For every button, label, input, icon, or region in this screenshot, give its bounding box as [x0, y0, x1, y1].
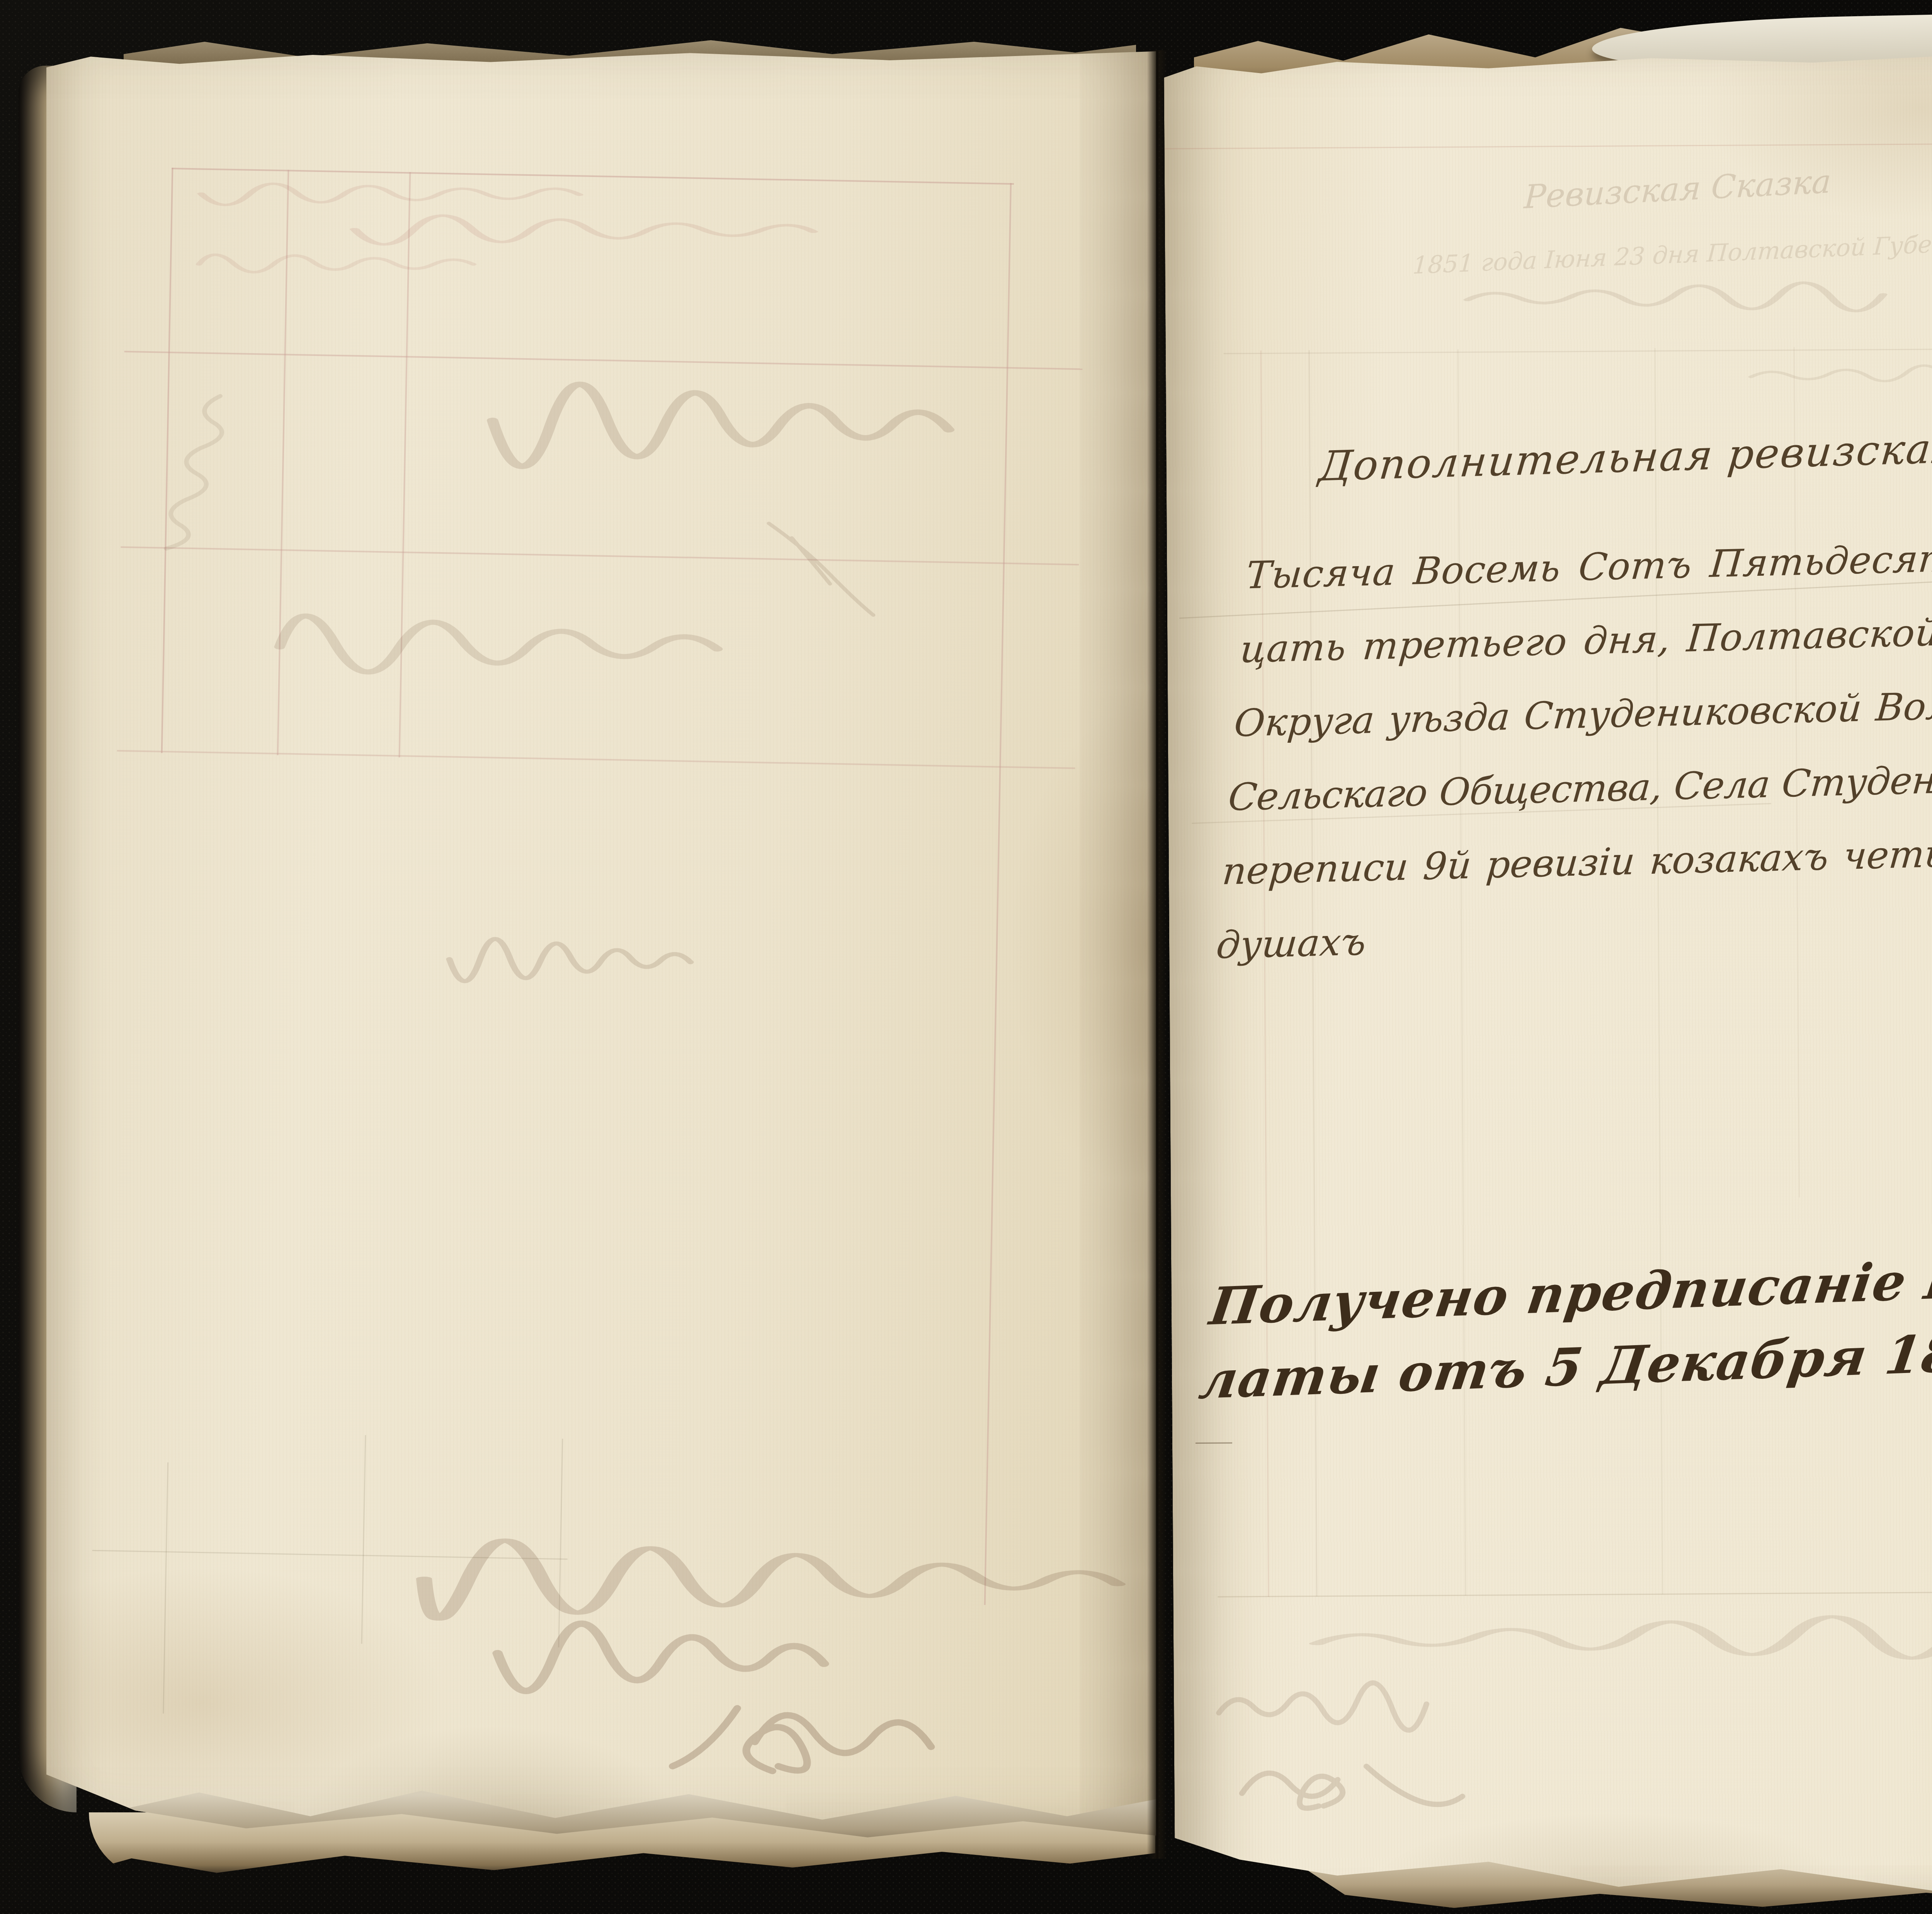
ghost-handwriting-stroke — [1745, 361, 1932, 386]
faint-line-h — [1218, 1591, 1932, 1597]
ruling-line-h — [117, 750, 1075, 769]
archival-book-photo: Ревизская Сказка 1851 года Іюня 23 дня П… — [0, 0, 1932, 1914]
ghost-header-title: Ревизская Сказка — [1523, 162, 1832, 216]
ghost-handwriting-stroke — [410, 1558, 1132, 1595]
ghost-handwriting-stroke — [158, 390, 236, 552]
ghost-handwriting-stroke — [1459, 281, 1892, 311]
pencil-line-v — [163, 1462, 168, 1713]
ghost-handwriting-stroke — [193, 250, 479, 274]
body-paragraph: Тысяча Восемь Сотъ Пятьдесятъ Перваго Го… — [1212, 522, 1932, 997]
ghost-handwriting-stroke — [193, 181, 587, 204]
ruling-line-h — [121, 546, 1079, 565]
ghost-signature-stroke — [491, 1632, 831, 1674]
pencil-line-v — [558, 1439, 563, 1647]
document-title: Дополнительная ревизская Сказка. — [1317, 419, 1932, 490]
ruling-line-h — [124, 351, 1083, 370]
ghost-signature-stroke — [649, 1684, 943, 1781]
body-line: Тысяча Восемь Сотъ Пятьдесятъ Перваго Го… — [1242, 522, 1932, 627]
right-page: Ревизская Сказка 1851 года Іюня 23 дня П… — [1164, 51, 1932, 1897]
ghost-handwriting-stroke — [483, 397, 958, 444]
ghost-handwriting-stroke — [753, 517, 881, 621]
ghost-signature-stroke — [1214, 1684, 1431, 1724]
ghost-handwriting-stroke — [270, 621, 726, 664]
ghost-signature-stroke — [1232, 1748, 1472, 1815]
ghost-handwriting-stroke — [444, 942, 696, 973]
pencil-line-v — [361, 1435, 366, 1644]
faint-line-h — [1224, 347, 1932, 354]
margin-dash — [1196, 1443, 1232, 1444]
ghost-header-subtitle: 1851 года Іюня 23 дня Полтавской Губерні… — [1412, 219, 1932, 279]
faint-line-h — [1164, 142, 1932, 149]
left-page — [46, 49, 1156, 1846]
receipt-note: Получено предписаніе Казенной Па латы от… — [1194, 1226, 1932, 1424]
ruling-line-v — [984, 183, 1012, 1605]
ghost-handwriting-stroke — [340, 216, 823, 240]
book-gutter — [1147, 50, 1167, 1859]
ghost-handwriting-stroke — [1301, 1619, 1932, 1655]
